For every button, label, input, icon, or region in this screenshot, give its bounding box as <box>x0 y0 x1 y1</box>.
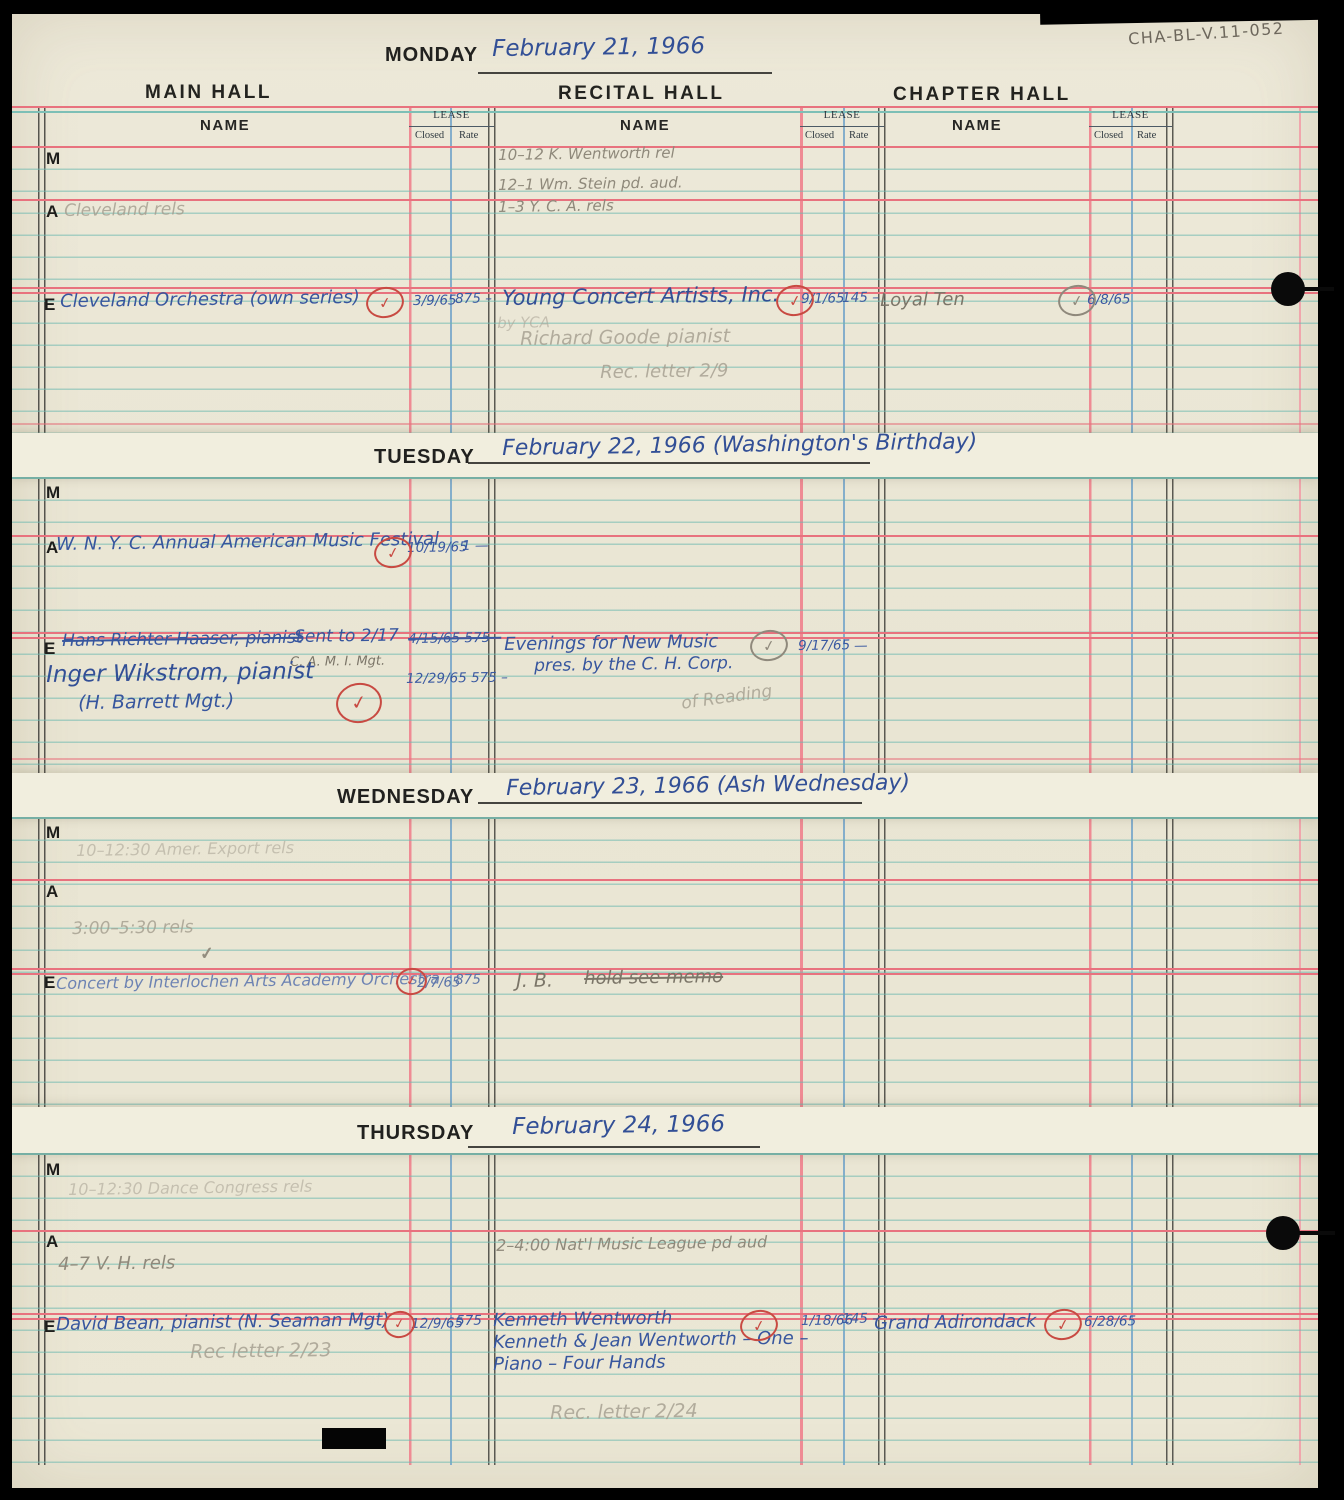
entry-main-afternoon-note: 4–7 V. H. rels <box>58 1252 175 1275</box>
rate-label: Rate <box>849 130 868 141</box>
lease-label: LEASE <box>800 109 884 121</box>
hall-title-recital: RECITAL HALL <box>558 83 725 105</box>
date-thursday: February 24, 1966 <box>512 1111 725 1140</box>
entry-chapter-evening-closed-date: 6/28/65 <box>1084 1313 1136 1330</box>
entry-recital-evening-note-struck: hold see memo <box>584 966 723 989</box>
lease-header-main: LEASE Closed Rate <box>409 106 494 146</box>
closed-label: Closed <box>1094 130 1123 141</box>
date-monday: February 21, 1966 <box>492 33 705 62</box>
row-letter-evening: E <box>44 295 55 315</box>
entry-recital-evening-name: Piano – Four Hands <box>493 1352 666 1375</box>
entry-recital-evening-rate: — <box>854 638 868 654</box>
day-label-wednesday: WEDNESDAY <box>337 786 474 809</box>
entry-main-evening-closed-date: 3/9/65 <box>413 292 457 309</box>
rule-line <box>1089 126 1172 127</box>
entry-main-afternoon-rate: 1 — <box>462 538 489 554</box>
entry-main-evening-rate: 875 <box>455 972 481 988</box>
rule-line <box>409 126 494 127</box>
col-header-name-main: NAME <box>200 117 250 134</box>
row-letter-morning: M <box>46 483 60 503</box>
rule-line <box>0 879 1344 881</box>
entry-main-afternoon-note: Cleveland rels <box>64 199 185 221</box>
row-letter-afternoon: A <box>46 202 58 222</box>
entry-main-morning-note: 10–12:30 Dance Congress rels <box>68 1177 312 1199</box>
entry-recital-evening-note: Rec. letter 2/9 <box>600 360 729 383</box>
lease-label: LEASE <box>1089 109 1172 121</box>
date-rule-line <box>478 802 862 804</box>
closed-label: Closed <box>805 130 834 141</box>
entry-main-evening-closed-date: 12/29/65 575 – <box>406 670 508 687</box>
entry-main-afternoon-note: 3:00–5:30 rels <box>72 917 194 939</box>
entry-main-evening-mgmt: (H. Barrett Mgt.) <box>78 690 234 714</box>
rate-label: Rate <box>1137 130 1156 141</box>
rule-line <box>800 126 884 127</box>
entry-recital-evening-rate: 145 – <box>842 289 879 306</box>
entry-recital-evening-note: Rec. letter 2/24 <box>550 1400 698 1424</box>
scan-edge-bottom <box>0 1488 1344 1500</box>
rate-label: Rate <box>459 130 478 141</box>
row-letter-morning: M <box>46 149 60 169</box>
lease-label: LEASE <box>409 109 494 121</box>
entry-chapter-evening-name: Grand Adirondack <box>874 1311 1037 1334</box>
entry-main-evening-note: Sent to 2/17 <box>294 626 399 647</box>
entry-recital-evening-initials: J. B. <box>516 969 553 992</box>
row-letter-evening: E <box>44 1317 55 1337</box>
day-label-thursday: THURSDAY <box>357 1122 474 1145</box>
col-header-name-recital: NAME <box>620 117 670 134</box>
day-label-monday: MONDAY <box>385 44 478 67</box>
entry-main-morning-note: 10–12:30 Amer. Export rels <box>76 838 294 860</box>
entry-main-evening-note: Rec letter 2/23 <box>190 1339 332 1363</box>
ledger-grid-tuesday <box>0 477 1344 775</box>
entry-chapter-evening-name: Loyal Ten <box>880 289 965 311</box>
lease-header-chapter: LEASE Closed Rate <box>1089 106 1172 146</box>
row-letter-afternoon: A <box>46 882 58 902</box>
date-rule-line <box>468 1146 760 1148</box>
scan-edge-left <box>0 0 12 1500</box>
scanned-ledger-page: CHA-BL-V.11-052 MONDAY February 21, 1966… <box>0 0 1344 1500</box>
punch-hole-slit <box>1283 1231 1335 1235</box>
row-letter-evening: E <box>44 639 55 659</box>
hall-title-main: MAIN HALL <box>145 82 272 104</box>
rule-line <box>0 199 1344 201</box>
entry-main-evening-rate: 575 <box>456 1313 482 1329</box>
entry-recital-evening-name: Young Concert Artists, Inc. <box>502 282 779 310</box>
entry-main-afternoon-closed-date: 10/19/65 <box>407 539 468 556</box>
col-header-name-chapter: NAME <box>952 117 1002 134</box>
entry-main-evening-rate: 875 – <box>455 290 492 307</box>
entry-recital-evening-note: Richard Goode pianist <box>520 325 730 350</box>
day-label-tuesday: TUESDAY <box>374 446 475 469</box>
hall-title-chapter: CHAPTER HALL <box>893 84 1071 106</box>
redaction-box <box>322 1428 386 1449</box>
rule-line <box>0 1230 1344 1232</box>
rule-line <box>0 423 1344 425</box>
entry-recital-morning-note: 12–1 Wm. Stein pd. aud. <box>498 173 683 194</box>
row-letter-morning: M <box>46 823 60 843</box>
lease-header-recital: LEASE Closed Rate <box>800 106 884 146</box>
row-letter-afternoon: A <box>46 1232 58 1252</box>
entry-recital-afternoon-note: 2–4:00 Nat'l Music League pd aud <box>496 1232 767 1255</box>
row-letter-evening: E <box>44 973 55 993</box>
entry-main-evening-name-struck: Hans Richter-Haaser, pianist <box>62 628 303 651</box>
rule-line <box>0 758 1344 760</box>
entry-recital-evening-name: Evenings for New Music <box>504 631 718 655</box>
punch-hole-slit <box>1288 287 1334 291</box>
closed-label: Closed <box>415 130 444 141</box>
column-header-row: NAME LEASE Closed Rate NAME LEASE Closed… <box>0 106 1344 146</box>
entry-recital-morning-note: 1–3 Y. C. A. rels <box>498 196 614 216</box>
entry-main-evening-closed-struck: 4/15/65 575 – <box>408 630 501 647</box>
entry-recital-morning-note: 10–12 K. Wentworth rel <box>498 144 675 164</box>
scan-edge-right <box>1318 0 1344 1500</box>
checkmark-icon: ✓ <box>199 943 215 964</box>
date-rule-line <box>478 72 772 74</box>
ruled-lines <box>0 479 1344 775</box>
row-letter-morning: M <box>46 1160 60 1180</box>
entry-main-evening-name: Inger Wikstrom, pianist <box>46 658 314 688</box>
entry-main-evening-name: Cleveland Orchestra (own series) <box>60 287 360 312</box>
entry-recital-evening-name: Kenneth Wentworth <box>493 1307 673 1331</box>
date-rule-line <box>468 462 870 464</box>
entry-recital-evening-closed-date: 9/17/65 <box>798 637 850 654</box>
entry-recital-evening-name: pres. by the C. H. Corp. <box>534 653 733 676</box>
